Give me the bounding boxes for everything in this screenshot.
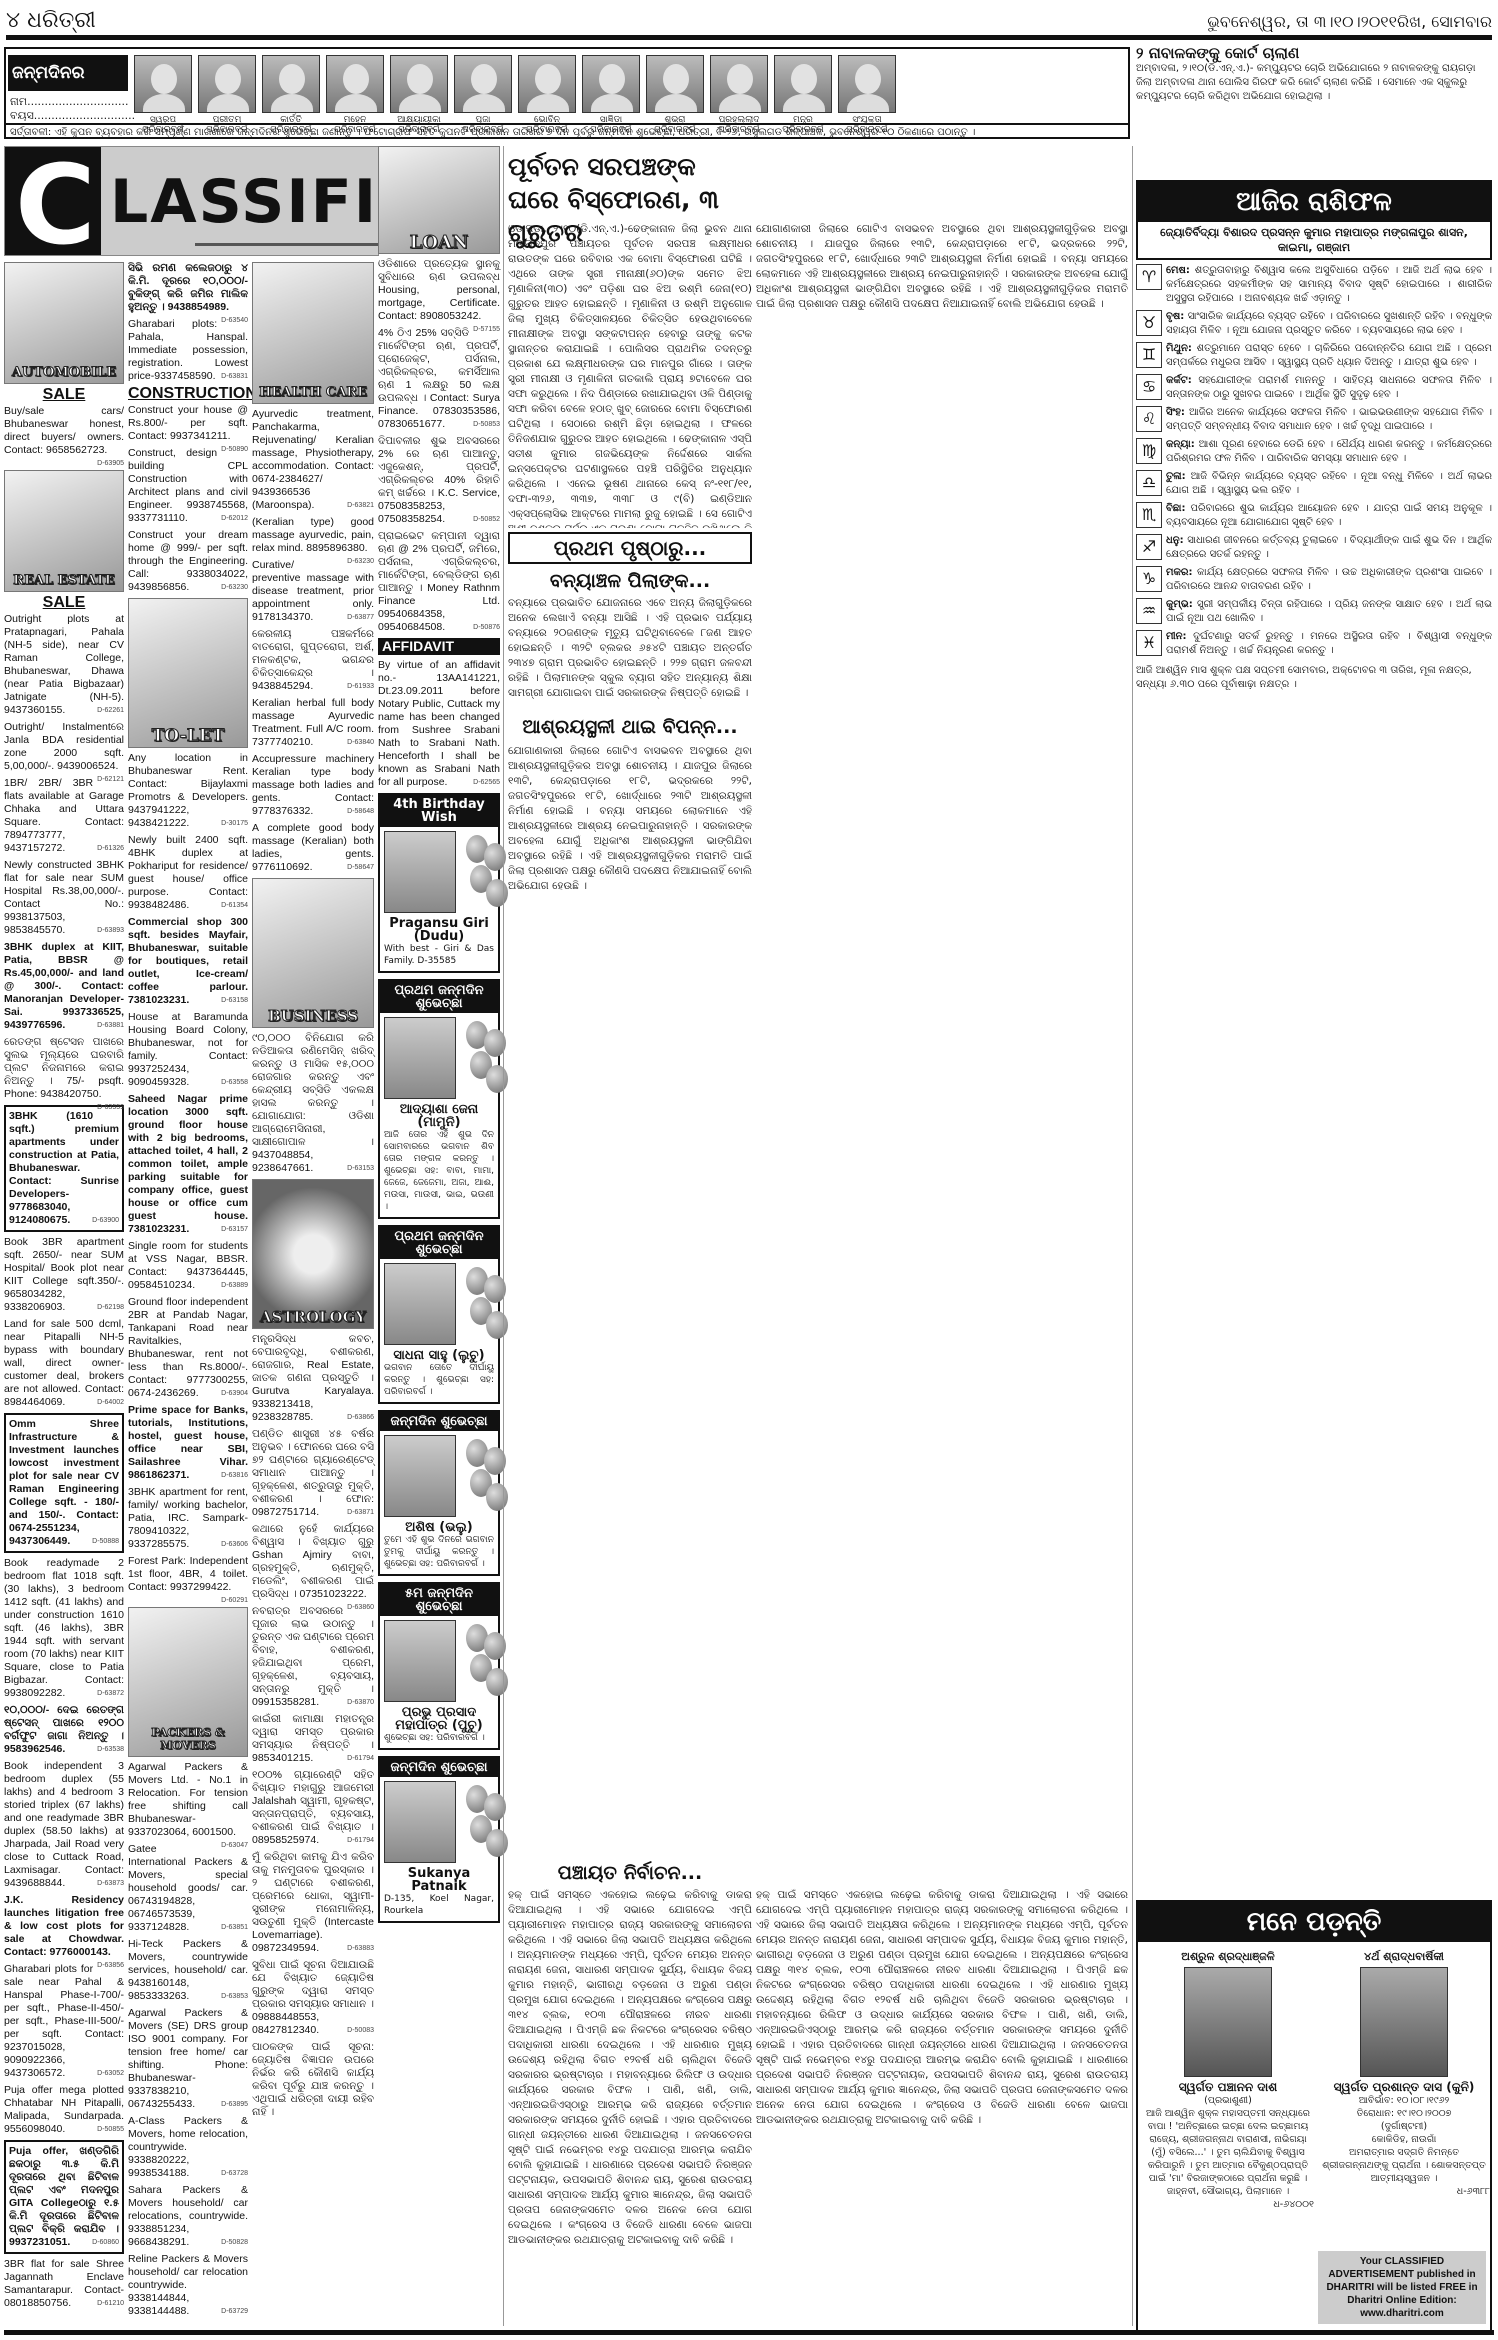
story4-body-continued: ହକ୍ ପାଇଁ ସମସ୍ତେ ଏକହୋଇ ଲଢ଼େଇ କରିବାକୁ ଡାକର… xyxy=(756,1888,1128,2328)
zodiac-icon: ♎ xyxy=(1136,470,1162,496)
classified-ad: (Keralian type) good massage ayurvedic, … xyxy=(252,516,374,555)
classified-ad: A complete good body massage (Keralian) … xyxy=(252,822,374,874)
classified-ad: Puja offer mega plotted Chhatabar NH Pit… xyxy=(4,2084,124,2136)
classified-ad: Buy/sale cars/ Bhubaneswar honest, direc… xyxy=(4,405,124,457)
horoscope-sign: ♒କୁମ୍ଭ: ସ୍ତ୍ରୀ ସମ୍ପର୍କୀୟ ଚିନ୍ତା ରହିପାରେ … xyxy=(1136,598,1492,626)
ad-code: D-50852 xyxy=(473,513,500,526)
ad-code: D-61210 xyxy=(97,2297,124,2310)
classified-ad: Gatee International Packers & Movers, sp… xyxy=(128,1843,248,1934)
classified-ad: Construct your house @ Rs.800/- per sqft… xyxy=(128,404,248,443)
zodiac-icon: ♍ xyxy=(1136,438,1162,464)
classified-ad: Hi-Teck Packers & Movers, countrywide se… xyxy=(128,1938,248,2003)
classified-ad: କାଇଁରୀ କାମାକ୍ଷା ମହାତନ୍ତ୍ର ଦ୍ୱାରା ସମସ୍ତ ପ… xyxy=(252,1713,374,1765)
ad-code: D-63851 xyxy=(221,1921,248,1934)
classified-ad: ୯୦,୦୦୦ ବିନିଯୋଗ କରି ନଡିଆକତା ରଣିମେସିନ୍ ଖରି… xyxy=(252,1032,374,1175)
ad-code: D-63881 xyxy=(97,1019,124,1032)
banner-letter-c: C xyxy=(15,146,96,256)
packers-movers-image: PACKERS & MOVERS xyxy=(128,1607,248,1757)
zodiac-icon: ♌ xyxy=(1136,406,1162,432)
horoscope-sign: ♊ମିଥୁନ: ଶତ୍ରୁମାନେ ପରାସ୍ତ ହେବେ । ଚାକିରିରେ… xyxy=(1136,342,1492,370)
ad-code: D-50888 xyxy=(92,1535,119,1548)
ad-code: D-63873 xyxy=(97,1877,124,1890)
real-estate-image: REAL ESTATE xyxy=(4,470,124,592)
ad-code: D-63816 xyxy=(221,1469,248,1482)
classified-ad: ୧୦,୦୦୦/- ଦେଇ ରେତଙ୍ଗ ଷ୍ଟେସନ୍ ପାଖରେ ୧୨୦୦ ବ… xyxy=(4,1704,124,1756)
ad-code: D-50853 xyxy=(473,418,500,431)
birthday-wish-box: ୫ମ ଜନ୍ମଦିନ ଶୁଭେଚ୍ଛାପ୍ରଭୁ ପ୍ରସାଦ ମହାପାତ୍ର… xyxy=(378,1582,500,1750)
memorial-right: ୪ର୍ଥ ଶ୍ରାଦ୍ଧବାର୍ଷିକୀ ସ୍ୱର୍ଗତ ପ୍ରଶାନ୍ତ ଦା… xyxy=(1318,1950,1490,2198)
classified-ad: Gharabari plots: Pahala, Hanspal. Immedi… xyxy=(128,318,248,383)
zodiac-icon: ♏ xyxy=(1136,502,1162,528)
ad-code: D-63230 xyxy=(221,581,248,594)
horoscope-sign: ♉ବୃଷ: ସାଂସାରିକ କାର୍ଯ୍ୟରେ ବ୍ୟସ୍ତ ରହିବେ । … xyxy=(1136,310,1492,338)
memorial-photo xyxy=(1184,1967,1272,2077)
classified-ad: Newly built 2400 sqft. 4BHK duplex at Po… xyxy=(128,834,248,912)
lead-story-continued: ଯୋଗାଣକାରୀ ଜିଲାରେ ଗୋଟିଏ ବାସଭବନ ଅବସ୍ଥାରେ ଥ… xyxy=(756,222,1128,1852)
ad-code: D-63540 xyxy=(221,314,248,327)
masthead: ୪ ଧରିତ୍ରୀ ଭୁବନେଶ୍ୱର, ତା ୩।୧୦।୨୦୧୧ରିଖ, ସୋ… xyxy=(6,6,1492,40)
classified-ad: Construct, design building CPL Construct… xyxy=(128,447,248,525)
ad-code: D-63883 xyxy=(347,1942,374,1955)
zodiac-icon: ♓ xyxy=(1136,630,1162,656)
ad-code: D-62198 xyxy=(97,1301,124,1314)
balloons-icon xyxy=(462,1263,494,1345)
side-news-body: ଅମ୍ବାଦଳା, ୨।୧୦(ଡି.ଏନ୍.ଏ.)- କମ୍ପ୍ୟୁଟର ଚୋର… xyxy=(1136,62,1492,104)
classified-ad: Omm Shree Infrastructure & Investment la… xyxy=(4,1413,124,1553)
ad-code: D-63871 xyxy=(347,1506,374,1519)
child-photo xyxy=(384,1017,456,1099)
side-news-story: ୨ ନାବାଳକଙ୍କୁ କୋର୍ଟ ଚାଲାଣ ଅମ୍ବାଦଳା, ୨।୧୦(… xyxy=(1136,44,1492,104)
ad-code: D-58647 xyxy=(347,861,374,874)
classified-ad: 3BHK apartment for rent, family/ working… xyxy=(128,1486,248,1551)
memorial-title: ମନେ ପଡ଼ନ୍ତି xyxy=(1138,1902,1490,1942)
page-number: ୪ ଧରିତ୍ରୀ xyxy=(6,8,96,33)
child-photo xyxy=(384,1620,456,1702)
zodiac-icon: ♉ xyxy=(1136,310,1162,336)
ad-code: D-61326 xyxy=(97,842,124,855)
horoscope-sign: ♍କନ୍ୟା: ଆଶା ପୂରଣ ହେବାରେ ଡେରି ହେବ । ଧୈର୍ଯ… xyxy=(1136,438,1492,466)
birthday-wish-box: ପ୍ରଥମ ଜନ୍ମଦିନ ଶୁଭେଚ୍ଛାସାଧନା ସାହୁ (ଲୁଚୁ)ଭ… xyxy=(378,1225,500,1404)
astrology-image: ASTROLOGY xyxy=(252,1179,374,1329)
ad-code: D-63559 xyxy=(97,1101,124,1114)
ad-code: D-63606 xyxy=(221,1538,248,1551)
ad-code: D-61354 xyxy=(221,899,248,912)
classified-column-1: AUTOMOBILE SALE Buy/sale cars/ Bhubanesw… xyxy=(4,262,124,2314)
ad-code: D-63728 xyxy=(221,2167,248,2180)
ad-code: D-50828 xyxy=(221,2236,248,2249)
ad-code: D-63853 xyxy=(221,1990,248,2003)
ad-code: D-63889 xyxy=(221,1279,248,1292)
classified-ad: A-Class Packers & Movers, home relocatio… xyxy=(128,2115,248,2180)
classified-ad: House at Baramunda Housing Board Colony,… xyxy=(128,1011,248,1089)
classified-column-4: LOAN ଓଡିଶାରେ ପ୍ରତ୍ୟେକ ସ୍ଥାନକୁ ସୁବିଧାରେ ଋ… xyxy=(378,146,500,1929)
ad-code: D-50083 xyxy=(347,2024,374,2037)
birthday-wish-box: ପ୍ରଥମ ଜନ୍ମଦିନ ଶୁଭେଚ୍ଛାଆଦ୍ୟାଶା ଜେନା (ମାମୁ… xyxy=(378,979,500,1219)
classified-ad: Prime space for Banks, tutorials, Instit… xyxy=(128,1404,248,1482)
classified-ad: ରେତଙ୍ଗ ଷ୍ଟେସନ ପାଖରେ ସୁଲଭ ମୂଲ୍ୟରେ ଘରବାରି … xyxy=(4,1036,124,1101)
ad-code: D-61933 xyxy=(347,680,374,693)
classified-ad: କେରଳୀୟ ପଞ୍ଚକର୍ମରେ ବାତରୋଗ, ଗୁପ୍ତରୋଗ, ଅର୍ଶ… xyxy=(252,628,374,693)
birthday-wish-box: ଜନ୍ମଦିନ ଶୁଭେଚ୍ଛାଅଶିଷ (ଭଲୁ)ତୁମେ ଏହି ଶୁଭ ଦ… xyxy=(378,1410,500,1576)
classified-ad: Outright/ Instalmentରେ Janla BDA residen… xyxy=(4,721,124,773)
classified-ad: ୧୦୦% ଗ୍ୟାରେଣ୍ଟି ସହିତ ବିଖ୍ୟାତ ମହାଗୁରୁ ଆଜମ… xyxy=(252,1769,374,1847)
zodiac-icon: ♈ xyxy=(1136,264,1162,290)
section-sale-automobile: SALE xyxy=(4,388,124,401)
dateline: ଭୁବନେଶ୍ୱର, ତା ୩।୧୦।୨୦୧୧ରିଖ, ସୋମବାର xyxy=(1207,12,1492,32)
classified-ad: 1BR/ 2BR/ 3BR flats available at Garage … xyxy=(4,777,124,855)
birthday-wish-box: 4th Birthday WishPragansu Giri (Dudu)Wit… xyxy=(378,793,500,973)
ad-code: D-50890 xyxy=(221,443,248,456)
ad-code: D-63558 xyxy=(221,1076,248,1089)
classified-ad: ନବରାତ୍ର ଅବସରରେ ପୂଜାର ଲାଭ ଉଠାନ୍ତୁ । ତୁରନ୍… xyxy=(252,1605,374,1709)
online-edition-promo: Your CLASSIFIED ADVERTISEMENT published … xyxy=(1318,2251,1486,2324)
classified-ad: Ground floor independent 2BR at Pandab N… xyxy=(128,1296,248,1400)
ad-code: D-58648 xyxy=(347,805,374,818)
classified-ad: Single room for students at VSS Nagar, B… xyxy=(128,1240,248,1292)
classified-ad: 4% ଠିଏ 25% ସବ୍‌ସିଡି ମାର୍କେଟିଙ୍ଗ ଋଣ, ପ୍ରପ… xyxy=(378,327,500,431)
child-photo xyxy=(384,1263,456,1345)
ad-code: D-63729 xyxy=(221,2305,248,2318)
horoscope-sign: ♑ମକର: କାର୍ଯ୍ୟ କ୍ଷେତ୍ରରେ ସଫଳତା ମିଳିବ । ଉଚ… xyxy=(1136,566,1492,594)
ad-code: D-63047 xyxy=(221,1839,248,1852)
ad-code: D-63893 xyxy=(97,924,124,937)
horoscope-sign: ♋କର୍କଟ: ସହଯୋଗୀଙ୍କ ପରାମର୍ଶ ମାନନ୍ତୁ । ସାହି… xyxy=(1136,374,1492,402)
classified-ad: ପ୍ରାଇଭେଟ କମ୍ପାନୀ ଦ୍ୱାରା ଋଣ @ 2% ପ୍ରପର୍ଟି… xyxy=(378,530,500,634)
memorial-left: ଅଶ୍ରୁଳ ଶ୍ରଦ୍ଧାଞ୍ଜଳି ସ୍ୱର୍ଗତ ପଞ୍ଚାନନ ଦାଶ … xyxy=(1142,1950,1314,2211)
section-affidavit: AFFIDAVIT xyxy=(378,638,500,655)
ad-code: D-64002 xyxy=(97,1396,124,1409)
zodiac-icon: ♊ xyxy=(1136,342,1162,368)
coupon-field-name: ନାମ............................. xyxy=(10,95,128,109)
affidavit-text: By virtue of an affidavit no.- 13AA14122… xyxy=(378,659,500,788)
horoscope-sign: ♓ମୀନ: ଦୁର୍ଘଟଣାରୁ ସତର୍କ ରୁହନ୍ତୁ । ମନରେ ଅସ… xyxy=(1136,630,1492,658)
story4-body: ହକ୍ ପାଇଁ ସମସ୍ତେ ଏକହୋଇ ଲଢ଼େଇ କରିବାକୁ ଡାକର… xyxy=(508,1888,752,2328)
ad-code: D-63856 xyxy=(97,1959,124,1972)
classified-ad: Accupressure machinery Keralian type bod… xyxy=(252,753,374,818)
classified-ad: ମନ୍ତ୍ରସିଦ୍ଧ କବଚ, ବେପାରବୃଦ୍ଧି, ବଶୀକରଣ, ରୋ… xyxy=(252,1333,374,1424)
ad-code: D-63860 xyxy=(347,1601,374,1614)
classified-ad: ପାଠକଙ୍କ ପାଇଁ ସୂଚନା: ଜ୍ୟୋତିଷ ବିଜ୍ଞାପନ ଉପର… xyxy=(252,2041,374,2119)
classified-ad: Agarwal Packers & Movers Ltd. - No.1 in … xyxy=(128,1761,248,1839)
ad-code: D-63866 xyxy=(347,1411,374,1424)
coupon-terms: ସର୍ତ୍ତାବଳୀ: ଏହି କୁପନ ବ୍ୟବହାର କରି ସମ୍ପୂର୍… xyxy=(6,123,1128,140)
story2-body: ବନ୍ୟାରେ ପ୍ରଭାବିତ ଯୋଜନାରେ ଏବେ ଅନ୍ୟ ଜିଲାଗୁ… xyxy=(508,596,752,714)
classified-ad: କଥାରେ ନୁହେଁ କାର୍ଯ୍ୟରେ ବିଶ୍ୱାସ । ବିଖ୍ୟାତ … xyxy=(252,1523,374,1601)
side-news-headline: ୨ ନାବାଳକଙ୍କୁ କୋର୍ଟ ଚାଲାଣ xyxy=(1136,44,1492,62)
lead-story-body: ଓଡାପଡା, ୨।୧୦(ଡି.ଏନ୍.ଏ.)-ଢେଙ୍କାନାଳ ଜିଲା ଭ… xyxy=(508,222,752,528)
ad-code: D-60291 xyxy=(221,1594,248,1607)
horoscope-sign: ♎ତୁଳା: ଆଜି ବିଭିନ୍ନ କାର୍ଯ୍ୟରେ ବ୍ୟସ୍ତ ରହିବ… xyxy=(1136,470,1492,498)
classified-ad: J.K. Residency launches litigation free … xyxy=(4,1894,124,1959)
classified-ad: Outright plots at Pratapnagari, Pahala (… xyxy=(4,613,124,717)
classified-ad: 3BHK duplex at KIIT, Patia, BBSR @ Rs.45… xyxy=(4,941,124,1032)
ad-code: D-63821 xyxy=(347,499,374,512)
ad-code: D-62121 xyxy=(97,773,124,786)
ad-code: D-63904 xyxy=(221,1387,248,1400)
birthday-coupon-title: ଜନ୍ମଦିନର ଶୁଭେଚ୍ଛା xyxy=(8,55,128,91)
memorial-photo xyxy=(1360,1967,1448,2077)
classified-ad: Ayurvedic treatment, Panchakarma, Rejuve… xyxy=(252,408,374,512)
classified-ad: Forest Park: Independent 1st floor, 4BR,… xyxy=(128,1555,248,1594)
horoscope-sign: ♐ଧନୁ: ସାଧାରଣ ଜୀବନରେ କର୍ତ୍ତବ୍ୟ ତୁଲାଇବେ । … xyxy=(1136,534,1492,562)
ad-code: D-50855 xyxy=(97,2123,124,2136)
classified-ad: ପଣ୍ଡିତ ଶାସ୍ତ୍ରୀ ୪୫ ବର୍ଷର ଅନୁଭବ । ଫୋନରେ ଘ… xyxy=(252,1428,374,1519)
horoscope-title: ଆଜିର ରାଶିଫଳ xyxy=(1136,180,1492,220)
ad-code: D-61794 xyxy=(347,1752,374,1765)
classified-banner: C LASSIFIED xyxy=(4,146,379,256)
balloons-icon xyxy=(462,831,494,913)
horoscope-byline: ଜ୍ୟୋତିର୍ବିଦ୍ୟା ବିଶାରଦ ପ୍ରସନ୍ନ କୁମାର ମହାପ… xyxy=(1136,220,1492,260)
classified-ad: Saheed Nagar prime location 3000 sqft. g… xyxy=(128,1093,248,1236)
child-photo xyxy=(384,1435,456,1517)
classified-ad: Construct your dream home @ 999/- per sq… xyxy=(128,529,248,594)
classified-ad: Curative/ preventive massage with diseas… xyxy=(252,559,374,624)
horoscope-sign: ♏ବିଛା: ପରିବାରରେ ଶୁଭ କାର୍ଯ୍ୟର ଆୟୋଜନ ହେବ ।… xyxy=(1136,502,1492,530)
classified-ad: ମୁଁ କରିଥିବା କାମକୁ ଯିଏ କରିବ ତାକୁ ମନମୁତାବକ… xyxy=(252,1851,374,1955)
health-care-image: HEALTH CARE xyxy=(252,262,374,404)
classified-ad: Book 3BR apartment sqft. 2650/- near SUM… xyxy=(4,1236,124,1314)
classified-ad: 3BHK (1610 sqft.) premium apartments und… xyxy=(4,1105,124,1232)
ad-code: D-63538 xyxy=(97,1743,124,1756)
child-photo xyxy=(384,831,456,913)
banner-word: LASSIFIED xyxy=(110,167,379,237)
classified-ad: Keralian herbal full body massage Ayurve… xyxy=(252,697,374,749)
horoscope-sign: ♌ସିଂହ: ଆଜିର ଅନେକ କାର୍ଯ୍ୟରେ ସଫଳତା ମିଳିବ ।… xyxy=(1136,406,1492,434)
balloons-icon xyxy=(462,1620,494,1702)
classified-ad: Puja offer, ଖଣ୍ଡଗିରି ଛକଠାରୁ ୩.୫ କି.ମି ଦୂ… xyxy=(4,2140,124,2254)
zodiac-icon: ♐ xyxy=(1136,534,1162,560)
ad-code: D-63052 xyxy=(97,2067,124,2080)
memorial-panel: ମନେ ପଡ଼ନ୍ତି ଅଶ୍ରୁଳ ଶ୍ରଦ୍ଧାଞ୍ଜଳି ସ୍ୱର୍ଗତ … xyxy=(1136,1900,1492,2332)
ad-code: D-63877 xyxy=(347,611,374,624)
classified-ad: ଓଡିଶାରେ ପ୍ରତ୍ୟେକ ସ୍ଥାନକୁ ସୁବିଧାରେ ଋଣ ଉପଲ… xyxy=(378,258,500,323)
automobile-image: AUTOMOBILE xyxy=(4,262,124,384)
classified-column-3: HEALTH CARE Ayurvedic treatment, Panchak… xyxy=(252,262,374,2123)
ad-code: D-61794 xyxy=(347,1834,374,1847)
classified-ad: Agarwal Packers & Movers (SE) DRS group … xyxy=(128,2007,248,2111)
ad-code: D-62261 xyxy=(97,704,124,717)
zodiac-icon: ♒ xyxy=(1136,598,1162,624)
horoscope-sign: ♈ମେଷ: ଶତ୍ରୁତାବାହାରୁ ବିଶ୍ୱାସ କଲେ ଅସୁବିଧାର… xyxy=(1136,264,1492,306)
ad-code: D-63230 xyxy=(347,555,374,568)
ad-code: D-50876 xyxy=(473,621,500,634)
ad-code: D-63900 xyxy=(92,1214,119,1227)
section-sale-real-estate: SALE xyxy=(4,596,124,609)
ad-code: D-63895 xyxy=(221,2098,248,2111)
ad-code: D-57155 xyxy=(473,323,500,336)
ad-code: D-30175 xyxy=(221,817,248,830)
birthday-wish-box: ଜନ୍ମଦିନ ଶୁଭେଚ୍ଛାSukanya PatnaikD-135, Ko… xyxy=(378,1756,500,1923)
child-photo xyxy=(384,1781,456,1863)
coupon-field-age: ବୟସ............................. xyxy=(10,109,135,123)
loan-image: LOAN xyxy=(378,146,500,254)
classified-ad: 3BR flat for sale Shree Jagannath Enclav… xyxy=(4,2258,124,2310)
story2-headline: ବନ୍ୟାଞ୍ଚଳ ପିଲାଙ୍କ... xyxy=(508,570,752,592)
story3-body: ଯୋଗାଣକାରୀ ଜିଲାରେ ଗୋଟିଏ ବାସଭବନ ଅବସ୍ଥାରେ ଥ… xyxy=(508,744,752,1850)
zodiac-icon: ♑ xyxy=(1136,566,1162,592)
ad-code: D-63158 xyxy=(221,994,248,1007)
panchang-text: ଆଜି ଆଶ୍ୱିନ ମାସ ଶୁକ୍ଳ ପକ୍ଷ ସପ୍ତମୀ ସୋମବାର,… xyxy=(1136,664,1492,692)
front-page-continuation-box: ପ୍ରଥମ ପୃଷ୍ଠାରୁ... xyxy=(508,532,752,564)
ad-code: D-60860 xyxy=(92,2236,119,2249)
business-image: BUSINESS xyxy=(252,878,374,1028)
classified-ad: Book readymade 2 bedroom flat 1018 sqft.… xyxy=(4,1557,124,1700)
story3-headline: ଆଶ୍ରୟସ୍ଥଳୀ ଥାଇ ବିପନ୍ନ... xyxy=(508,716,752,738)
classified-ad: Reline Packers & Movers household/ car r… xyxy=(128,2253,248,2318)
classified-ad: Newly constructed 3BHK flat for sale nea… xyxy=(4,859,124,937)
ad-code: D-63157 xyxy=(221,1223,248,1236)
ad-code: D-63905 xyxy=(97,457,124,470)
ad-code: D-63872 xyxy=(97,1687,124,1700)
birthday-coupon-strip: ଜନ୍ମଦିନର ଶୁଭେଚ୍ଛା ନାମ...................… xyxy=(4,47,1130,139)
classified-column-2: ସିଭି ରମଣ କଲେଜଠାରୁ ୪ କି.ମି. ଦୂରରେ ୧୦,୦୦୦/… xyxy=(128,262,248,2322)
ad-code: D-63831 xyxy=(221,370,248,383)
zodiac-icon: ♋ xyxy=(1136,374,1162,400)
classified-ad: Land for sale 500 dcml, near Pitapalli N… xyxy=(4,1318,124,1409)
classified-ad: Book independent 3 bedroom duplex (55 la… xyxy=(4,1760,124,1890)
balloons-icon xyxy=(462,1435,494,1517)
ad-code: D-63870 xyxy=(347,1696,374,1709)
classified-ad: ସିଭି ରମଣ କଲେଜଠାରୁ ୪ କି.ମି. ଦୂରରେ ୧୦,୦୦୦/… xyxy=(128,262,248,314)
classified-ad: Commercial shop 300 sqft. besides Mayfai… xyxy=(128,916,248,1007)
to-let-image: TO-LET xyxy=(128,598,248,748)
balloons-icon xyxy=(462,1781,494,1863)
ad-code: D-63153 xyxy=(347,1162,374,1175)
classified-ad: ସୁବିଧା ପାଇଁ ସୂଚନା ଦିଆଯାଉଛି ଯେ ବିଖ୍ୟାତ ଜ୍… xyxy=(252,1959,374,2037)
classified-ad: Any location in Bhubaneswar Rent. Contac… xyxy=(128,752,248,830)
section-construction: CONSTRUCTION xyxy=(128,387,248,400)
horoscope-panel: ଆଜିର ରାଶିଫଳ ଜ୍ୟୋତିର୍ବିଦ୍ୟା ବିଶାରଦ ପ୍ରସନ୍… xyxy=(1136,180,1492,692)
story4-headline: ପଞ୍ଚାୟତ ନିର୍ବାଚନ... xyxy=(508,1862,752,1884)
ad-code: D-63840 xyxy=(347,736,374,749)
classified-ad: Sahara Packers & Movers household/ car r… xyxy=(128,2184,248,2249)
balloons-icon xyxy=(462,1017,494,1099)
ad-code: D-62012 xyxy=(221,512,248,525)
classified-ad: ଦିପାବଳୀର ଶୁଭ ଅବସରରେ 2% ରେ ଋଣ ପାଆନ୍ତୁ, ଏଜ… xyxy=(378,435,500,526)
classified-ad: Gharabari plots for sale near Pahal & Ha… xyxy=(4,1963,124,2080)
